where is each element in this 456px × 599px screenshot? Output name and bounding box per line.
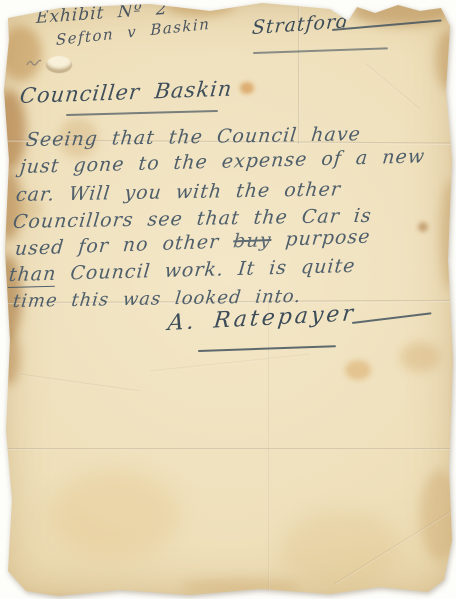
stain-blotch <box>420 470 456 560</box>
paper-tear-spot <box>46 56 72 72</box>
line-text: Council work. It is quite <box>55 255 356 285</box>
stain-speck <box>418 222 428 232</box>
letter-line: than Council work. It is quite <box>8 255 357 286</box>
crossed-out-word: buy <box>232 229 272 252</box>
letter-paper: Exhibit Nº 2 Sefton v Baskin Stratford C… <box>0 0 456 599</box>
stain-blotch <box>440 180 456 290</box>
stain-blotch <box>345 360 371 380</box>
stain-blotch <box>180 578 300 596</box>
place-underline-stroke <box>253 47 388 53</box>
crease-line <box>150 354 309 373</box>
pencil-scribble <box>26 58 42 68</box>
stain-blotch <box>400 342 440 372</box>
scanned-letter-photo: Exhibit Nº 2 Sefton v Baskin Stratford C… <box>0 0 456 599</box>
stain-blotch <box>165 0 235 16</box>
place-annotation: Stratford <box>251 10 350 39</box>
line-text: purpose <box>270 226 371 252</box>
salutation-underline-stroke <box>66 110 218 116</box>
underlined-word: than <box>8 263 58 288</box>
paper-shadow: Exhibit Nº 2 Sefton v Baskin Stratford C… <box>0 0 456 599</box>
stain-blotch <box>280 510 400 590</box>
stain-speck <box>240 82 254 94</box>
stain-blotch <box>0 26 42 81</box>
salutation: Counciller Baskin <box>19 77 234 109</box>
line-text: used for no other <box>14 230 234 260</box>
letter-line: car. Will you with the other <box>15 178 342 206</box>
stain-blotch <box>436 30 456 90</box>
stain-blotch <box>0 330 20 385</box>
stain-blotch <box>50 470 180 560</box>
crease-line <box>366 64 421 111</box>
crease-line <box>2 448 454 450</box>
signature-tail-stroke <box>352 312 432 324</box>
crease-line <box>20 374 139 393</box>
crease-line <box>268 302 270 594</box>
signature-underline-stroke <box>198 345 336 352</box>
letter-line: Seeing that the Council have <box>25 123 362 151</box>
